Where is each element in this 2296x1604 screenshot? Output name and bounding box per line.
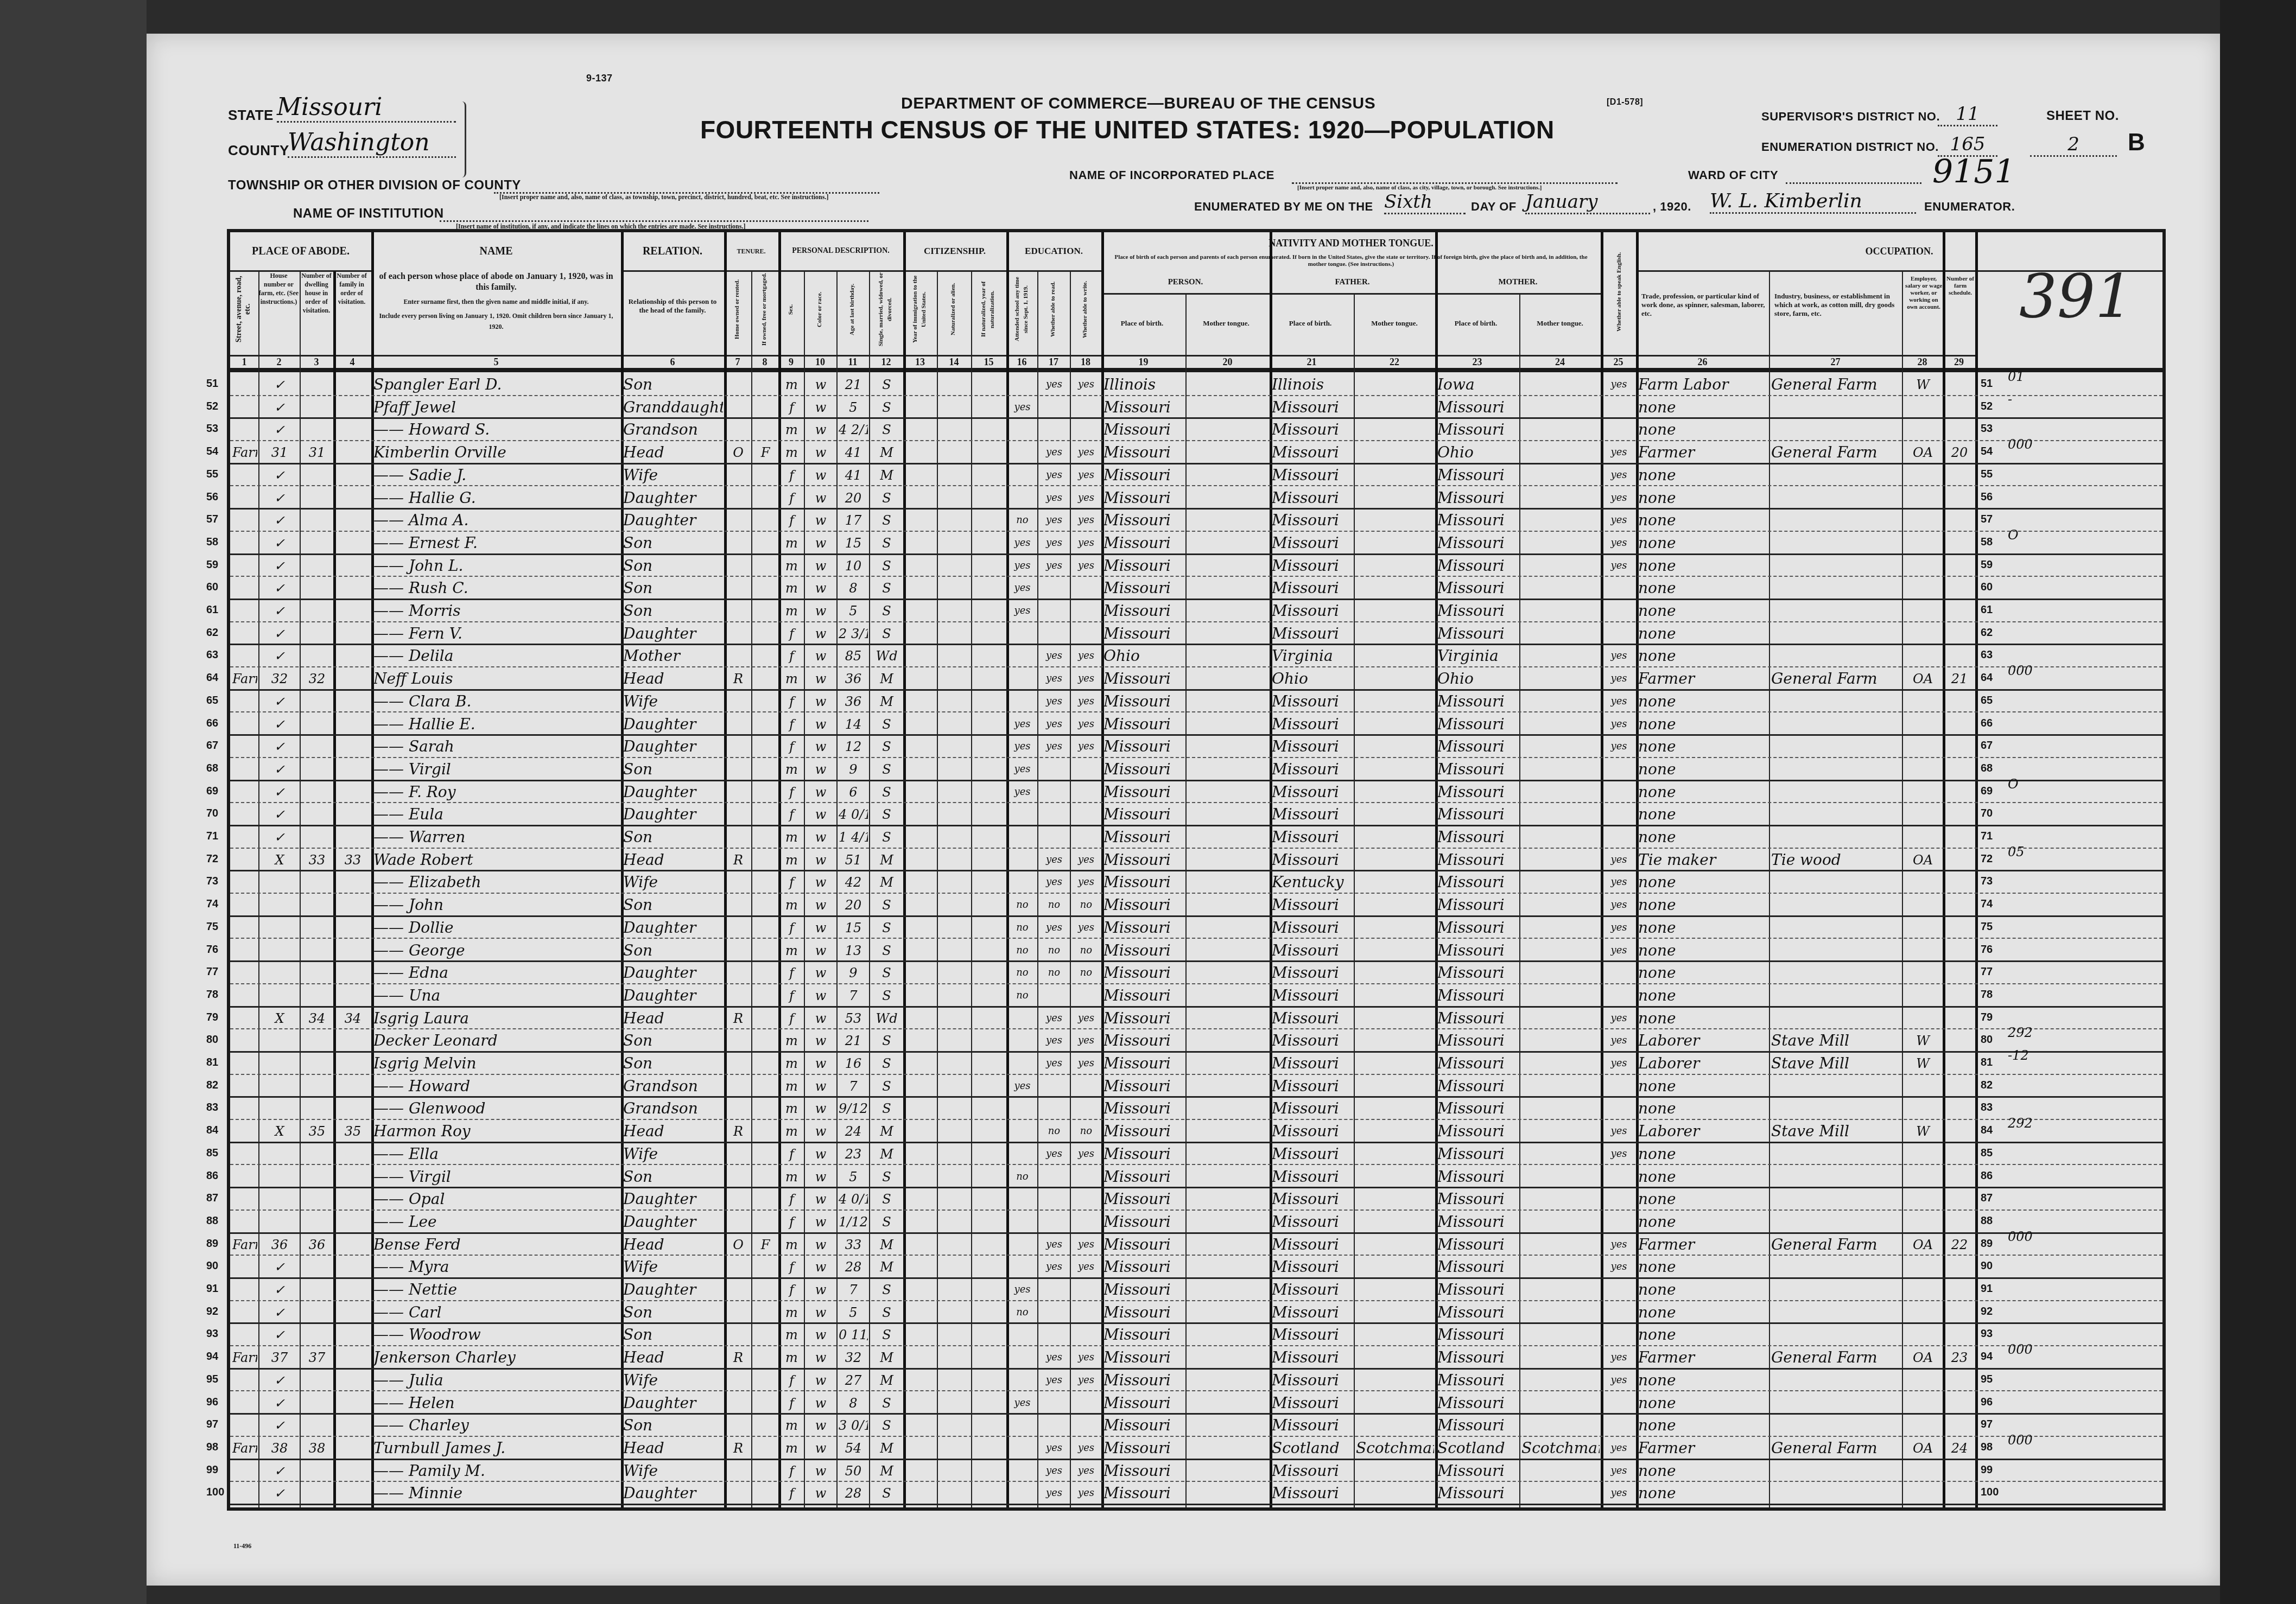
line-number-right: 69 [1981, 785, 1993, 798]
cell-name: —— Nettie [373, 1277, 620, 1300]
cell-c8 [753, 780, 777, 803]
cell-c3 [302, 1028, 332, 1051]
cell-c1 [232, 463, 257, 486]
cell-trade: Farmer [1638, 440, 1768, 463]
cell-sex: m [781, 599, 803, 621]
cell-pob: Missouri [1103, 802, 1184, 825]
cell-c4 [335, 1391, 370, 1414]
cell-c2: 37 [261, 1345, 299, 1368]
cell-cls [1904, 644, 1942, 666]
cell-pob: Missouri [1103, 915, 1184, 938]
cell-c7 [726, 1368, 750, 1391]
cell-m_pob: Missouri [1437, 915, 1518, 938]
cell-name: —— Alma A. [373, 508, 620, 531]
cell-eng: yes [1603, 1255, 1635, 1277]
cell-c4 [335, 893, 370, 915]
cell-f_mt [1356, 599, 1434, 621]
cell-write [1072, 1210, 1100, 1232]
cell-farm [1945, 372, 1974, 395]
line-number-right: 70 [1981, 807, 1993, 820]
cell-trade: none [1638, 1142, 1768, 1164]
line-number-left: 73 [206, 875, 218, 888]
line-number-left: 77 [206, 966, 218, 978]
cell-pob: Missouri [1103, 938, 1184, 961]
cell-rel: Head [623, 848, 723, 870]
line-number-right: 91 [1981, 1283, 1993, 1295]
cell-c7 [726, 960, 750, 983]
cell-ms: S [871, 825, 902, 848]
cell-c7: R [726, 666, 750, 689]
line-number-right: 92 [1981, 1306, 1993, 1318]
cell-c2: ✓ [261, 734, 299, 757]
table-row: —— JohnSonmw20SnononoMissouriMissouriMis… [230, 893, 2162, 917]
cell-f_pob: Missouri [1272, 1459, 1353, 1481]
cell-pob: Missouri [1103, 1210, 1184, 1232]
cell-c4 [335, 802, 370, 825]
sheet-label: SHEET NO. [2046, 109, 2119, 124]
cell-ind: Stave Mill [1771, 1028, 1901, 1051]
cell-ms: S [871, 486, 902, 508]
cell-eng: yes [1603, 440, 1635, 463]
line-number-right: 84 [1981, 1124, 1993, 1137]
cell-race: w [806, 1345, 835, 1368]
line-number-left: 91 [206, 1283, 218, 1295]
cell-c4 [335, 666, 370, 689]
cell-c3 [302, 1142, 332, 1164]
subhead-employer-class: Employer, salary or wage worker, or work… [1905, 276, 1943, 357]
cell-pob: Missouri [1103, 1006, 1184, 1029]
cell-name: —— Morris [373, 599, 620, 621]
cell-m_pob: Missouri [1437, 1119, 1518, 1142]
cell-f_mt [1356, 960, 1434, 983]
cell-m_pob: Missouri [1437, 1051, 1518, 1074]
cell-sch [1009, 372, 1036, 395]
cell-sch [1009, 1459, 1036, 1481]
cell-rel: Head [623, 1006, 723, 1029]
line-number-left: 94 [206, 1351, 218, 1363]
cell-c1 [232, 870, 257, 893]
cell-sch [1009, 1413, 1036, 1436]
cell-trade: none [1638, 1481, 1768, 1504]
cell-trade: none [1638, 599, 1768, 621]
cell-m_pob: Missouri [1437, 576, 1518, 599]
cell-ms: S [871, 417, 902, 440]
cell-sch [1009, 825, 1036, 848]
line-number-left: 74 [206, 898, 218, 911]
census-rows: ✓Spangler Earl D.Sonmw21SyesyesIllinoisI… [230, 372, 2162, 1507]
table-row: ✓—— Rush C.Sonmw8SyesMissouriMissouriMis… [230, 576, 2162, 600]
cell-m_mt [1521, 395, 1600, 418]
cell-c8 [753, 1142, 777, 1164]
cell-race: w [806, 983, 835, 1006]
cell-rel: Daughter [623, 486, 723, 508]
cell-c7 [726, 417, 750, 440]
cell-race: w [806, 463, 835, 486]
table-row: ✓—— Howard S.Grandsonmw4 2/12SMissouriMi… [230, 417, 2162, 441]
cell-age: 13 [839, 938, 868, 961]
cell-c1 [232, 848, 257, 870]
line-number-left: 86 [206, 1170, 218, 1182]
line-number-left: 92 [206, 1306, 218, 1318]
line-number-left: 51 [206, 378, 218, 390]
cell-eng: yes [1603, 1232, 1635, 1255]
cell-race: w [806, 734, 835, 757]
cell-ind: General Farm [1771, 1232, 1901, 1255]
cell-c3 [302, 531, 332, 553]
line-number-left: 75 [206, 921, 218, 933]
cell-sex: m [781, 1051, 803, 1074]
line-number-left: 65 [206, 695, 218, 707]
margin-annotation: O [2008, 527, 2019, 543]
cell-farm [1945, 576, 1974, 599]
cell-c1: Farm [232, 1345, 257, 1368]
cell-f_mt [1356, 621, 1434, 644]
cell-ind [1771, 893, 1901, 915]
cell-read: yes [1039, 508, 1069, 531]
cell-ms: S [871, 1413, 902, 1436]
cell-eng: yes [1603, 486, 1635, 508]
cell-cls [1904, 1391, 1942, 1414]
enumeration-label: ENUMERATION DISTRICT NO. [1761, 140, 1939, 154]
cell-farm [1945, 1074, 1974, 1097]
line-number-right: 79 [1981, 1011, 1993, 1024]
cell-eng: yes [1603, 893, 1635, 915]
column-number: 10 [804, 355, 836, 370]
cell-eng: yes [1603, 1028, 1635, 1051]
line-number-left: 81 [206, 1056, 218, 1069]
column-number: 3 [300, 355, 333, 370]
cell-age: 53 [839, 1006, 868, 1029]
cell-sch [1009, 802, 1036, 825]
cell-read: yes [1039, 1142, 1069, 1164]
cell-ms: M [871, 1142, 902, 1164]
cell-sex: m [781, 1028, 803, 1051]
cell-c8 [753, 1164, 777, 1187]
cell-write [1072, 599, 1100, 621]
cell-read [1039, 1210, 1069, 1232]
column-number: 17 [1037, 355, 1070, 370]
cell-age: 17 [839, 508, 868, 531]
cell-c2 [261, 1051, 299, 1074]
cell-c7 [726, 644, 750, 666]
subhead-immigration: Year of immigration to the United States… [911, 271, 928, 347]
cell-c4 [335, 1255, 370, 1277]
cell-f_mt [1356, 1300, 1434, 1323]
cell-c3 [302, 1322, 332, 1345]
cell-c1 [232, 1164, 257, 1187]
cell-age: 12 [839, 734, 868, 757]
cell-farm [1945, 1368, 1974, 1391]
cell-f_pob: Missouri [1272, 1210, 1353, 1232]
cell-c7 [726, 395, 750, 418]
cell-sch [1009, 1232, 1036, 1255]
cell-age: 15 [839, 531, 868, 553]
cell-c1 [232, 757, 257, 780]
cell-trade: none [1638, 463, 1768, 486]
cell-eng [1603, 757, 1635, 780]
cell-cls [1904, 531, 1942, 553]
table-row: ✓—— Ernest F.Sonmw15SyesyesyesMissouriMi… [230, 531, 2162, 555]
line-number-left: 83 [206, 1102, 218, 1114]
cell-m_mt: Scotchman [1521, 1436, 1600, 1459]
cell-sch [1009, 1481, 1036, 1504]
cell-m_pob: Missouri [1437, 1459, 1518, 1481]
table-row: ✓—— CarlSonmw5SnoMissouriMissouriMissour… [230, 1300, 2162, 1325]
cell-c8 [753, 1187, 777, 1210]
cell-m_pob: Ohio [1437, 440, 1518, 463]
cell-ind [1771, 802, 1901, 825]
cell-m_pob: Missouri [1437, 780, 1518, 803]
cell-c7 [726, 486, 750, 508]
cell-c8 [753, 1096, 777, 1119]
cell-sex: m [781, 1074, 803, 1097]
column-number: 9 [778, 355, 804, 370]
cell-read: yes [1039, 915, 1069, 938]
cell-c1 [232, 802, 257, 825]
cell-race: w [806, 802, 835, 825]
cell-cls [1904, 553, 1942, 576]
cell-f_pob: Missouri [1272, 848, 1353, 870]
cell-cls [1904, 983, 1942, 1006]
table-row: ✓—— Clara B.Wifefw36MyesyesMissouriMisso… [230, 689, 2162, 713]
cell-ms: S [871, 621, 902, 644]
cell-age: 8 [839, 576, 868, 599]
cell-c4 [335, 960, 370, 983]
cell-eng [1603, 1322, 1635, 1345]
cell-c8 [753, 1006, 777, 1029]
cell-eng: yes [1603, 712, 1635, 735]
cell-ind: General Farm [1771, 440, 1901, 463]
cell-m_mt [1521, 531, 1600, 553]
cell-c3: 32 [302, 666, 332, 689]
cell-sch [1009, 1096, 1036, 1119]
cell-c2 [261, 1187, 299, 1210]
line-number-right: 62 [1981, 627, 1993, 639]
cell-ind [1771, 825, 1901, 848]
cell-ind [1771, 531, 1901, 553]
cell-c3 [302, 1210, 332, 1232]
cell-c4 [335, 1277, 370, 1300]
group-place-of-abode: PLACE OF ABODE. [230, 232, 371, 272]
cell-c3 [302, 689, 332, 712]
cell-write [1072, 621, 1100, 644]
cell-age: 6 [839, 780, 868, 803]
cell-sex: m [781, 1232, 803, 1255]
cell-c8 [753, 802, 777, 825]
cell-m_pob: Missouri [1437, 734, 1518, 757]
cell-c1 [232, 1006, 257, 1029]
cell-m_mt [1521, 983, 1600, 1006]
cell-c7 [726, 463, 750, 486]
cell-sch: no [1009, 938, 1036, 961]
cell-f_pob: Missouri [1272, 1277, 1353, 1300]
cell-c8 [753, 1255, 777, 1277]
cell-m_mt [1521, 1300, 1600, 1323]
cell-farm [1945, 1051, 1974, 1074]
subhead-farm-schedule: Number of farm schedule. [1945, 276, 1975, 357]
cell-c1 [232, 1300, 257, 1323]
cell-f_pob: Scotland [1272, 1436, 1353, 1459]
cell-sch: yes [1009, 599, 1036, 621]
cell-sex: m [781, 553, 803, 576]
cell-f_mt [1356, 395, 1434, 418]
cell-age: 9 [839, 960, 868, 983]
cell-farm [1945, 757, 1974, 780]
line-number-left: 60 [206, 581, 218, 594]
cell-race: w [806, 621, 835, 644]
cell-c1 [232, 893, 257, 915]
cell-read: yes [1039, 1345, 1069, 1368]
cell-name: Pfaff Jewel [373, 395, 620, 418]
cell-write: yes [1072, 1481, 1100, 1504]
cell-c4 [335, 915, 370, 938]
table-row: —— OpalDaughterfw4 0/12SMissouriMissouri… [230, 1187, 2162, 1211]
cell-ms: M [871, 666, 902, 689]
cell-ms: S [871, 395, 902, 418]
cell-m_pob: Missouri [1437, 599, 1518, 621]
enumerated-day: Sixth [1384, 191, 1466, 214]
cell-cls [1904, 508, 1942, 531]
cell-m_mt [1521, 734, 1600, 757]
cell-name: —— Eula [373, 802, 620, 825]
cell-c2 [261, 1164, 299, 1187]
cell-c7: R [726, 1006, 750, 1029]
cell-read [1039, 1413, 1069, 1436]
cell-sex: m [781, 1322, 803, 1345]
cell-read: yes [1039, 1028, 1069, 1051]
cell-rel: Daughter [623, 983, 723, 1006]
cell-c4 [335, 1074, 370, 1097]
cell-ms: S [871, 1481, 902, 1504]
cell-c1 [232, 1028, 257, 1051]
cell-pob: Missouri [1103, 463, 1184, 486]
cell-name: —— John L. [373, 553, 620, 576]
cell-sch [1009, 1322, 1036, 1345]
cell-race: w [806, 1006, 835, 1029]
cell-sch [1009, 1051, 1036, 1074]
cell-c2 [261, 1074, 299, 1097]
line-number-left: 82 [206, 1079, 218, 1092]
cell-race: w [806, 666, 835, 689]
cell-age: 42 [839, 870, 868, 893]
cell-cls [1904, 1187, 1942, 1210]
cell-m_pob: Missouri [1437, 1391, 1518, 1414]
cell-c1 [232, 1368, 257, 1391]
subhead-name-line3: Include every person living on January 1… [377, 310, 616, 332]
cell-ms: M [871, 1255, 902, 1277]
cell-race: w [806, 915, 835, 938]
cell-name: Wade Robert [373, 848, 620, 870]
cell-c3 [302, 1459, 332, 1481]
cell-race: w [806, 1096, 835, 1119]
subhead-mother-mt: Mother tongue. [1519, 319, 1601, 346]
cell-race: w [806, 712, 835, 735]
column-number: 20 [1185, 355, 1270, 370]
cell-race: w [806, 553, 835, 576]
cell-m_mt [1521, 463, 1600, 486]
line-number-left: 71 [206, 830, 218, 843]
cell-c1 [232, 576, 257, 599]
incorporated-label: NAME OF INCORPORATED PLACE [1069, 168, 1274, 182]
cell-pob: Missouri [1103, 621, 1184, 644]
cell-sex: m [781, 1164, 803, 1187]
cell-c3 [302, 463, 332, 486]
cell-c4: 35 [335, 1119, 370, 1142]
cell-age: 32 [839, 1345, 868, 1368]
table-header: PLACE OF ABODE. NAME RELATION. TENURE. P… [230, 232, 2162, 372]
cell-sch [1009, 870, 1036, 893]
cell-ms: M [871, 1232, 902, 1255]
cell-c2 [261, 915, 299, 938]
cell-name: Spangler Earl D. [373, 372, 620, 395]
cell-name: —— Hallie E. [373, 712, 620, 735]
cell-ind: Tie wood [1771, 848, 1901, 870]
line-number-right: 81 [1981, 1056, 1993, 1069]
cell-c4 [335, 1436, 370, 1459]
line-number-right: 76 [1981, 944, 1993, 956]
cell-read: no [1039, 960, 1069, 983]
line-number-right: 51 [1981, 378, 1993, 390]
cell-c7: R [726, 1436, 750, 1459]
column-number: 26 [1636, 355, 1769, 370]
cell-c4 [335, 417, 370, 440]
cell-pob: Missouri [1103, 983, 1184, 1006]
line-number-right: 72 [1981, 853, 1993, 865]
table-row: ✓—— Hallie G.Daughterfw20SyesyesMissouri… [230, 486, 2162, 510]
cell-pob: Missouri [1103, 1481, 1184, 1504]
cell-rel: Son [623, 757, 723, 780]
cell-ms: S [871, 1210, 902, 1232]
cell-f_pob: Missouri [1272, 734, 1353, 757]
form-number: 9-137 [586, 73, 613, 84]
line-number-left: 96 [206, 1396, 218, 1409]
cell-c3 [302, 1096, 332, 1119]
cell-name: Kimberlin Orville [373, 440, 620, 463]
line-number-right: 93 [1981, 1328, 1993, 1340]
cell-c2: ✓ [261, 644, 299, 666]
cell-c1 [232, 621, 257, 644]
cell-age: 5 [839, 1300, 868, 1323]
line-number-left: 53 [206, 423, 218, 435]
cell-write: yes [1072, 734, 1100, 757]
subhead-dwelling: Number of dwelling house in order of vis… [300, 271, 333, 353]
cell-rel: Grandson [623, 417, 723, 440]
cell-read: yes [1039, 689, 1069, 712]
cell-read: no [1039, 1119, 1069, 1142]
group-citizenship: CITIZENSHIP. [903, 232, 1006, 272]
table-row: ✓—— WarrenSonmw1 4/12SMissouriMissouriMi… [230, 825, 2162, 849]
cell-ms: M [871, 1119, 902, 1142]
cell-ind: General Farm [1771, 666, 1901, 689]
cell-read [1039, 780, 1069, 803]
cell-farm [1945, 1210, 1974, 1232]
line-number-right: 55 [1981, 468, 1993, 481]
cell-m_pob: Missouri [1437, 621, 1518, 644]
margin-annotation: 292 [2008, 1025, 2033, 1040]
cell-farm [1945, 463, 1974, 486]
line-number-left: 90 [206, 1260, 218, 1272]
cell-pob: Missouri [1103, 689, 1184, 712]
cell-race: w [806, 1119, 835, 1142]
cell-cls [1904, 576, 1942, 599]
cell-c2: ✓ [261, 1322, 299, 1345]
cell-f_mt [1356, 1187, 1434, 1210]
cell-f_pob: Missouri [1272, 1345, 1353, 1368]
cell-c4 [335, 1459, 370, 1481]
cell-cls [1904, 802, 1942, 825]
cell-c8 [753, 1300, 777, 1323]
cell-ms: S [871, 757, 902, 780]
